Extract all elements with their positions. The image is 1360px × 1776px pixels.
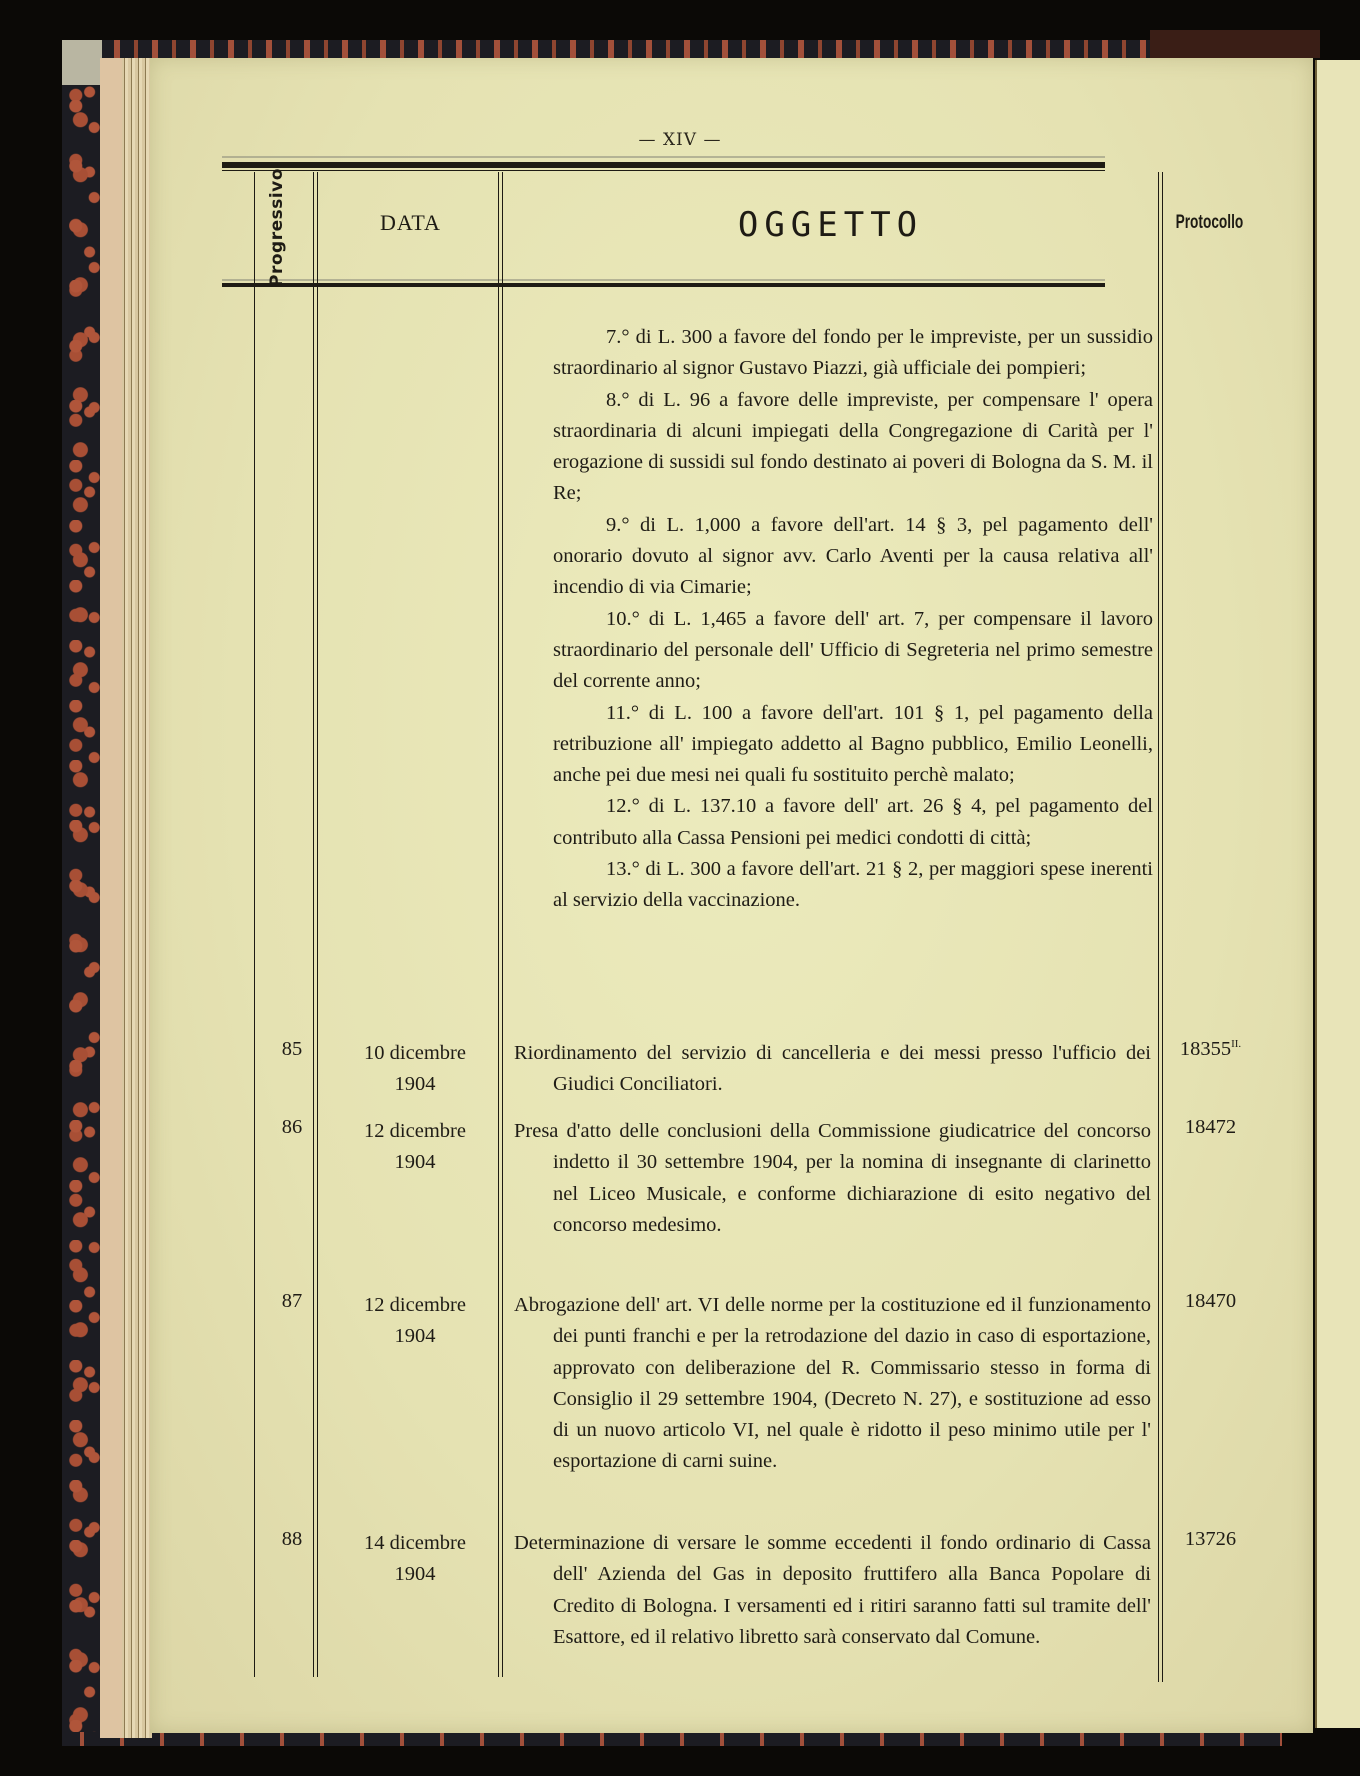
- entry-date: 12 dicembre 1904: [330, 1290, 500, 1353]
- column-divider-data-left: [313, 172, 314, 1677]
- list-item: 9.° di L. 1,000 a favore dell'art. 14 § …: [553, 510, 1153, 604]
- entry-date-year: 1904: [330, 1559, 500, 1590]
- protocollo-number: 18355: [1180, 1038, 1231, 1060]
- header-top-thin-rule: [222, 170, 1105, 171]
- column-divider-oggetto-right: [502, 172, 503, 1677]
- page-stack-edges: [100, 58, 152, 1738]
- header-bottom-thick-rule: [222, 283, 1105, 287]
- column-divider-oggetto-left: [498, 172, 499, 1677]
- header-oggetto: OGGETTO: [503, 205, 1158, 245]
- entry-date-year: 1904: [330, 1069, 500, 1100]
- entry-oggetto: Riordinamento del servizio di cancelleri…: [514, 1038, 1151, 1101]
- column-divider-progressivo: [254, 172, 255, 1677]
- list-item: 10.° di L. 1,465 a favore dell' art. 7, …: [553, 604, 1153, 698]
- continued-entry-items: 7.° di L. 300 a favore del fondo per le …: [553, 322, 1153, 917]
- entry-date-day: 10 dicembre: [330, 1038, 500, 1069]
- book-cover-top-edge: [62, 40, 1282, 60]
- header-top-faint-rule: [222, 156, 1105, 158]
- entry-progressivo: 88: [262, 1528, 322, 1551]
- cover-corner-tape: [62, 40, 102, 85]
- protocollo-number: 13726: [1185, 1528, 1236, 1550]
- book-cover-bottom-edge: [62, 1732, 1282, 1746]
- protocollo-suffix: II.: [1231, 1038, 1241, 1050]
- entry-date-day: 14 dicembre: [330, 1528, 500, 1559]
- entry-protocollo: 18470: [1163, 1290, 1258, 1313]
- list-item: 13.° di L. 300 a favore dell'art. 21 § 2…: [553, 854, 1153, 917]
- header-protocollo: Protocollo: [1176, 212, 1241, 234]
- entry-protocollo: 18355II.: [1163, 1038, 1258, 1061]
- entry-progressivo: 85: [262, 1038, 322, 1061]
- header-bottom-faint-rule: [222, 279, 1105, 281]
- entry-progressivo: 86: [262, 1116, 322, 1139]
- page-number: — XIV —: [0, 130, 1360, 150]
- list-item: 8.° di L. 96 a favore delle impreviste, …: [553, 385, 1153, 510]
- protocollo-number: 18472: [1185, 1116, 1236, 1138]
- list-item: 11.° di L. 100 a favore dell'art. 101 § …: [553, 698, 1153, 792]
- next-page-edge: [1315, 60, 1360, 1728]
- entry-protocollo: 18472: [1163, 1116, 1258, 1139]
- entry-date-day: 12 dicembre: [330, 1116, 500, 1147]
- entry-oggetto: Presa d'atto delle conclusioni della Com…: [514, 1116, 1151, 1241]
- header-data: DATA: [318, 210, 503, 236]
- protocollo-number: 18470: [1185, 1290, 1236, 1312]
- column-divider-data-right: [317, 172, 318, 1677]
- entry-date: 12 dicembre 1904: [330, 1116, 500, 1179]
- entry-date-day: 12 dicembre: [330, 1290, 500, 1321]
- entry-oggetto: Determinazione di versare le somme ecced…: [514, 1528, 1151, 1653]
- entry-date: 14 dicembre 1904: [330, 1528, 500, 1591]
- entry-date-year: 1904: [330, 1321, 500, 1352]
- column-divider-protocollo-right: [1162, 172, 1163, 1682]
- list-item: 7.° di L. 300 a favore del fondo per le …: [553, 322, 1153, 385]
- header-top-thick-rule: [222, 162, 1105, 168]
- entry-date-year: 1904: [330, 1147, 500, 1178]
- entry-protocollo: 13726: [1163, 1528, 1258, 1551]
- column-divider-protocollo-left: [1158, 172, 1159, 1682]
- entry-date: 10 dicembre 1904: [330, 1038, 500, 1101]
- list-item: 12.° di L. 137.10 a favore dell' art. 26…: [553, 791, 1153, 854]
- entry-progressivo: 87: [262, 1290, 322, 1313]
- header-progressivo: Progressivo: [262, 168, 292, 288]
- book-cover-corner: [1150, 30, 1320, 58]
- entry-oggetto: Abrogazione dell' art. VI delle norme pe…: [514, 1290, 1151, 1478]
